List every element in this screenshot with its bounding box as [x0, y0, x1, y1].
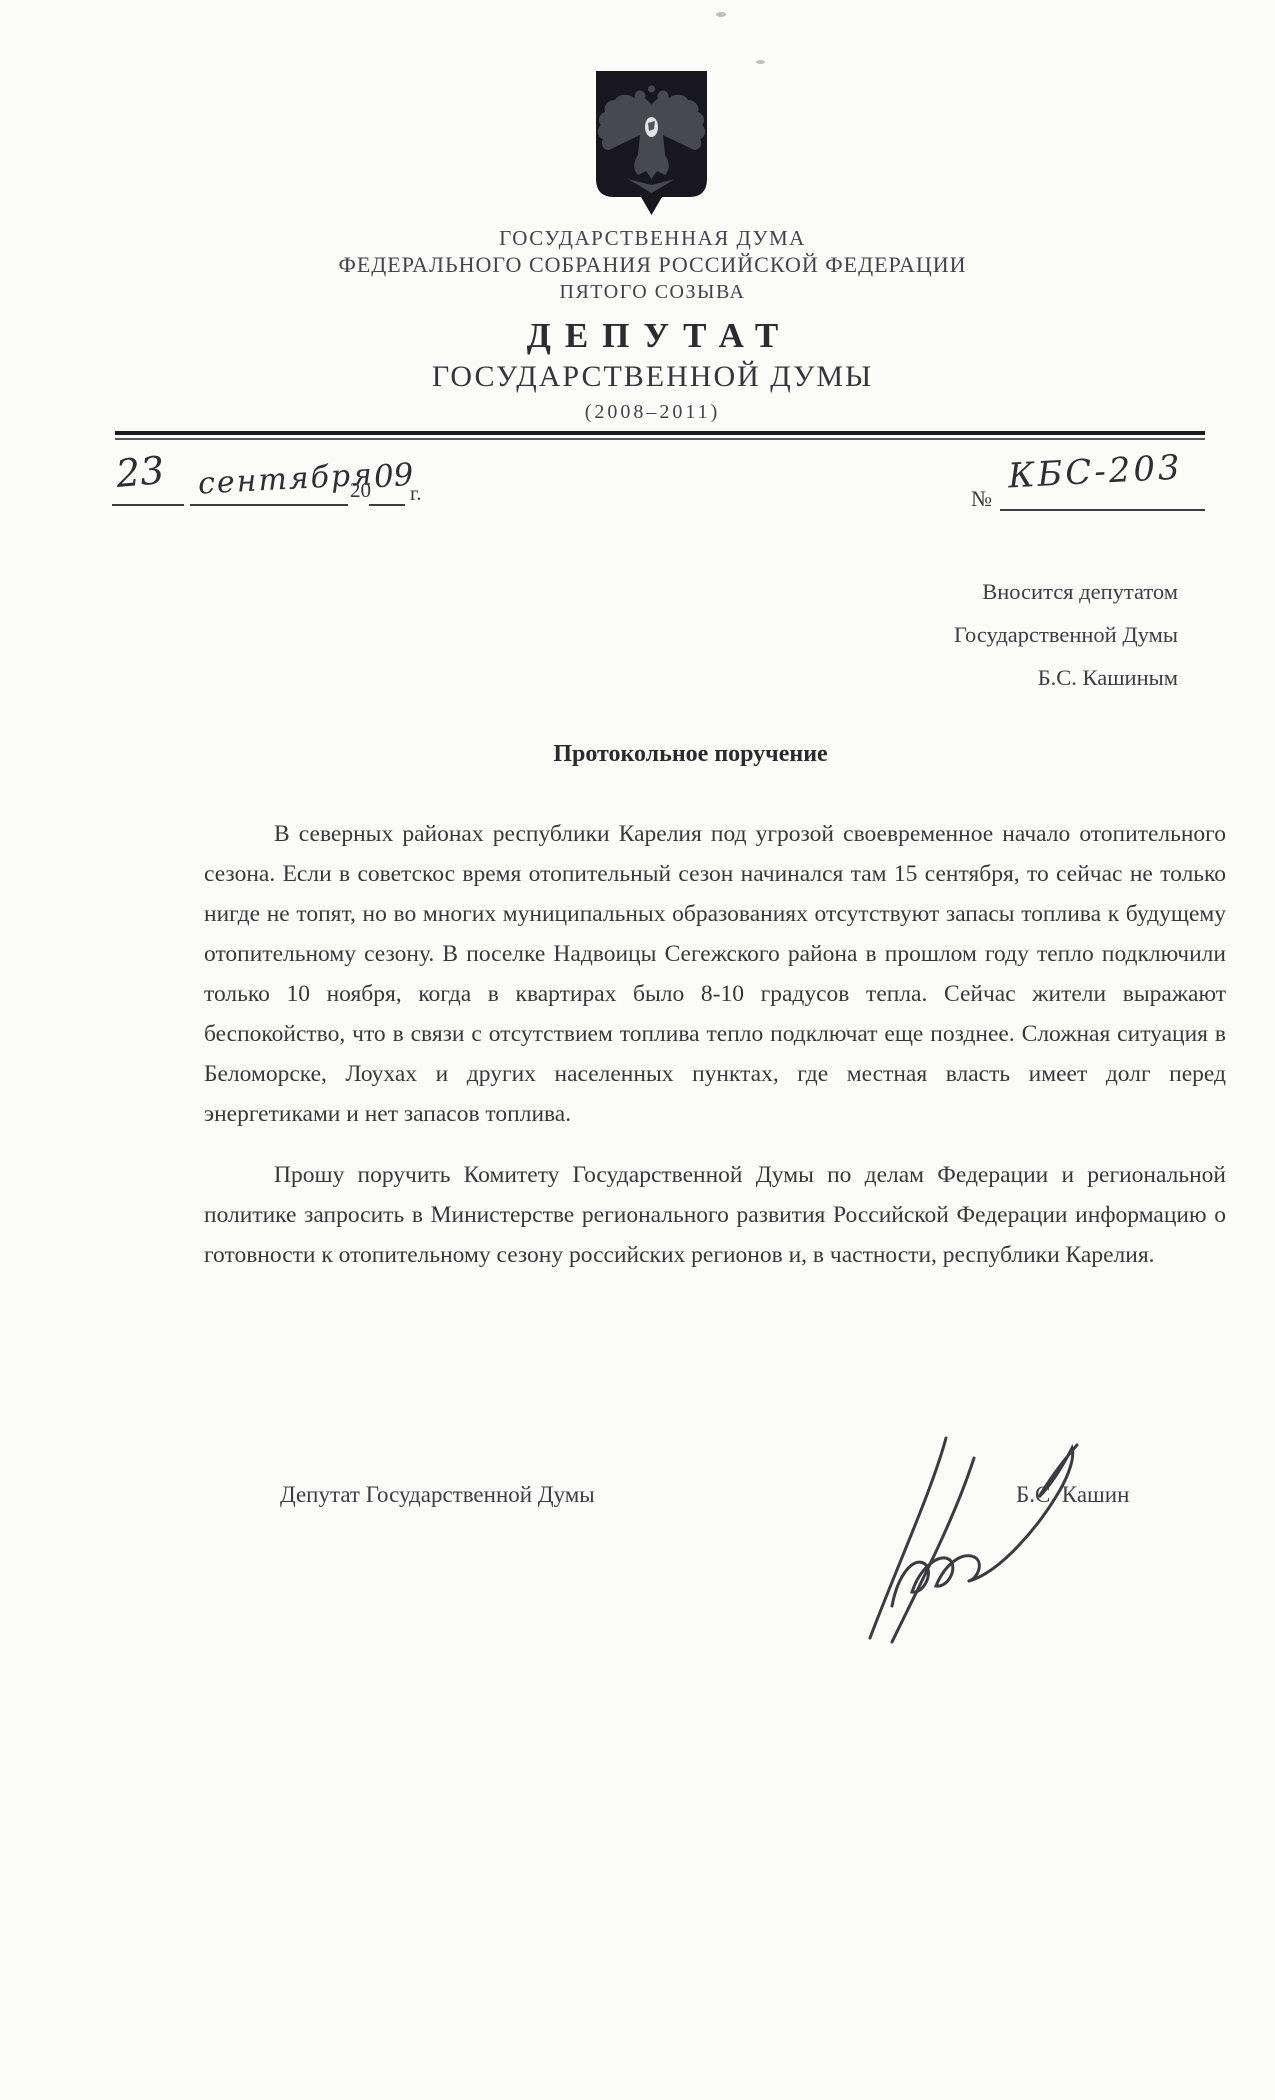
date-year-suffix: г. — [410, 481, 422, 506]
letterhead-duma-subtitle: ГОСУДАРСТВЕННОЙ ДУМЫ — [30, 360, 1275, 394]
letterhead-deputy-title: ДЕПУТАТ — [30, 316, 1275, 356]
date-month-handwritten: сентября — [197, 457, 375, 501]
signoff-position-label: Депутат Государственной Думы — [280, 1482, 595, 1508]
submitted-by-line2: Государственной Думы — [954, 613, 1178, 656]
submitted-by-line1: Вносится депутатом — [954, 570, 1178, 613]
date-year-underline — [369, 504, 405, 506]
date-day-underline — [112, 504, 184, 506]
number-sign-label: № — [971, 486, 992, 512]
document-number-underline — [1000, 509, 1205, 511]
document-number-handwritten: КБС-203 — [1007, 447, 1184, 496]
submitted-by-block: Вносится депутатом Государственной Думы … — [954, 570, 1178, 699]
letter-body: В северных районах республики Карелия по… — [204, 814, 1226, 1275]
date-year-handwritten: 09 — [373, 457, 415, 496]
scanned-letter-page: ГОСУДАРСТВЕННАЯ ДУМА ФЕДЕРАЛЬНОГО СОБРАН… — [0, 0, 1275, 2100]
letterhead-term-years: (2008–2011) — [30, 401, 1275, 424]
letterhead-convocation-line: ПЯТОГО СОЗЫВА — [30, 281, 1275, 304]
date-day-handwritten: 23 — [114, 448, 166, 496]
scan-artifact-speck — [716, 12, 726, 17]
letterhead-org-line1: ГОСУДАРСТВЕННАЯ ДУМА — [30, 226, 1275, 251]
letterhead-rule-thin — [115, 438, 1205, 440]
submitted-by-line3: Б.С. Кашиным — [954, 656, 1178, 699]
date-month-underline — [190, 504, 348, 506]
letterhead-rule-thick — [115, 431, 1205, 435]
letterhead-org-line2: ФЕДЕРАЛЬНОГО СОБРАНИЯ РОССИЙСКОЙ ФЕДЕРАЦ… — [30, 252, 1275, 278]
body-paragraph-2: Прошу поручить Комитету Государственной … — [204, 1155, 1226, 1275]
date-century-printed: 20 — [350, 478, 371, 503]
russian-coat-of-arms-icon — [588, 67, 715, 217]
document-title: Протокольное поручение — [0, 741, 1275, 768]
body-paragraph-1: В северных районах республики Карелия по… — [204, 814, 1226, 1134]
scan-artifact-speck — [756, 60, 765, 64]
handwritten-signature-icon — [648, 1432, 1080, 1644]
